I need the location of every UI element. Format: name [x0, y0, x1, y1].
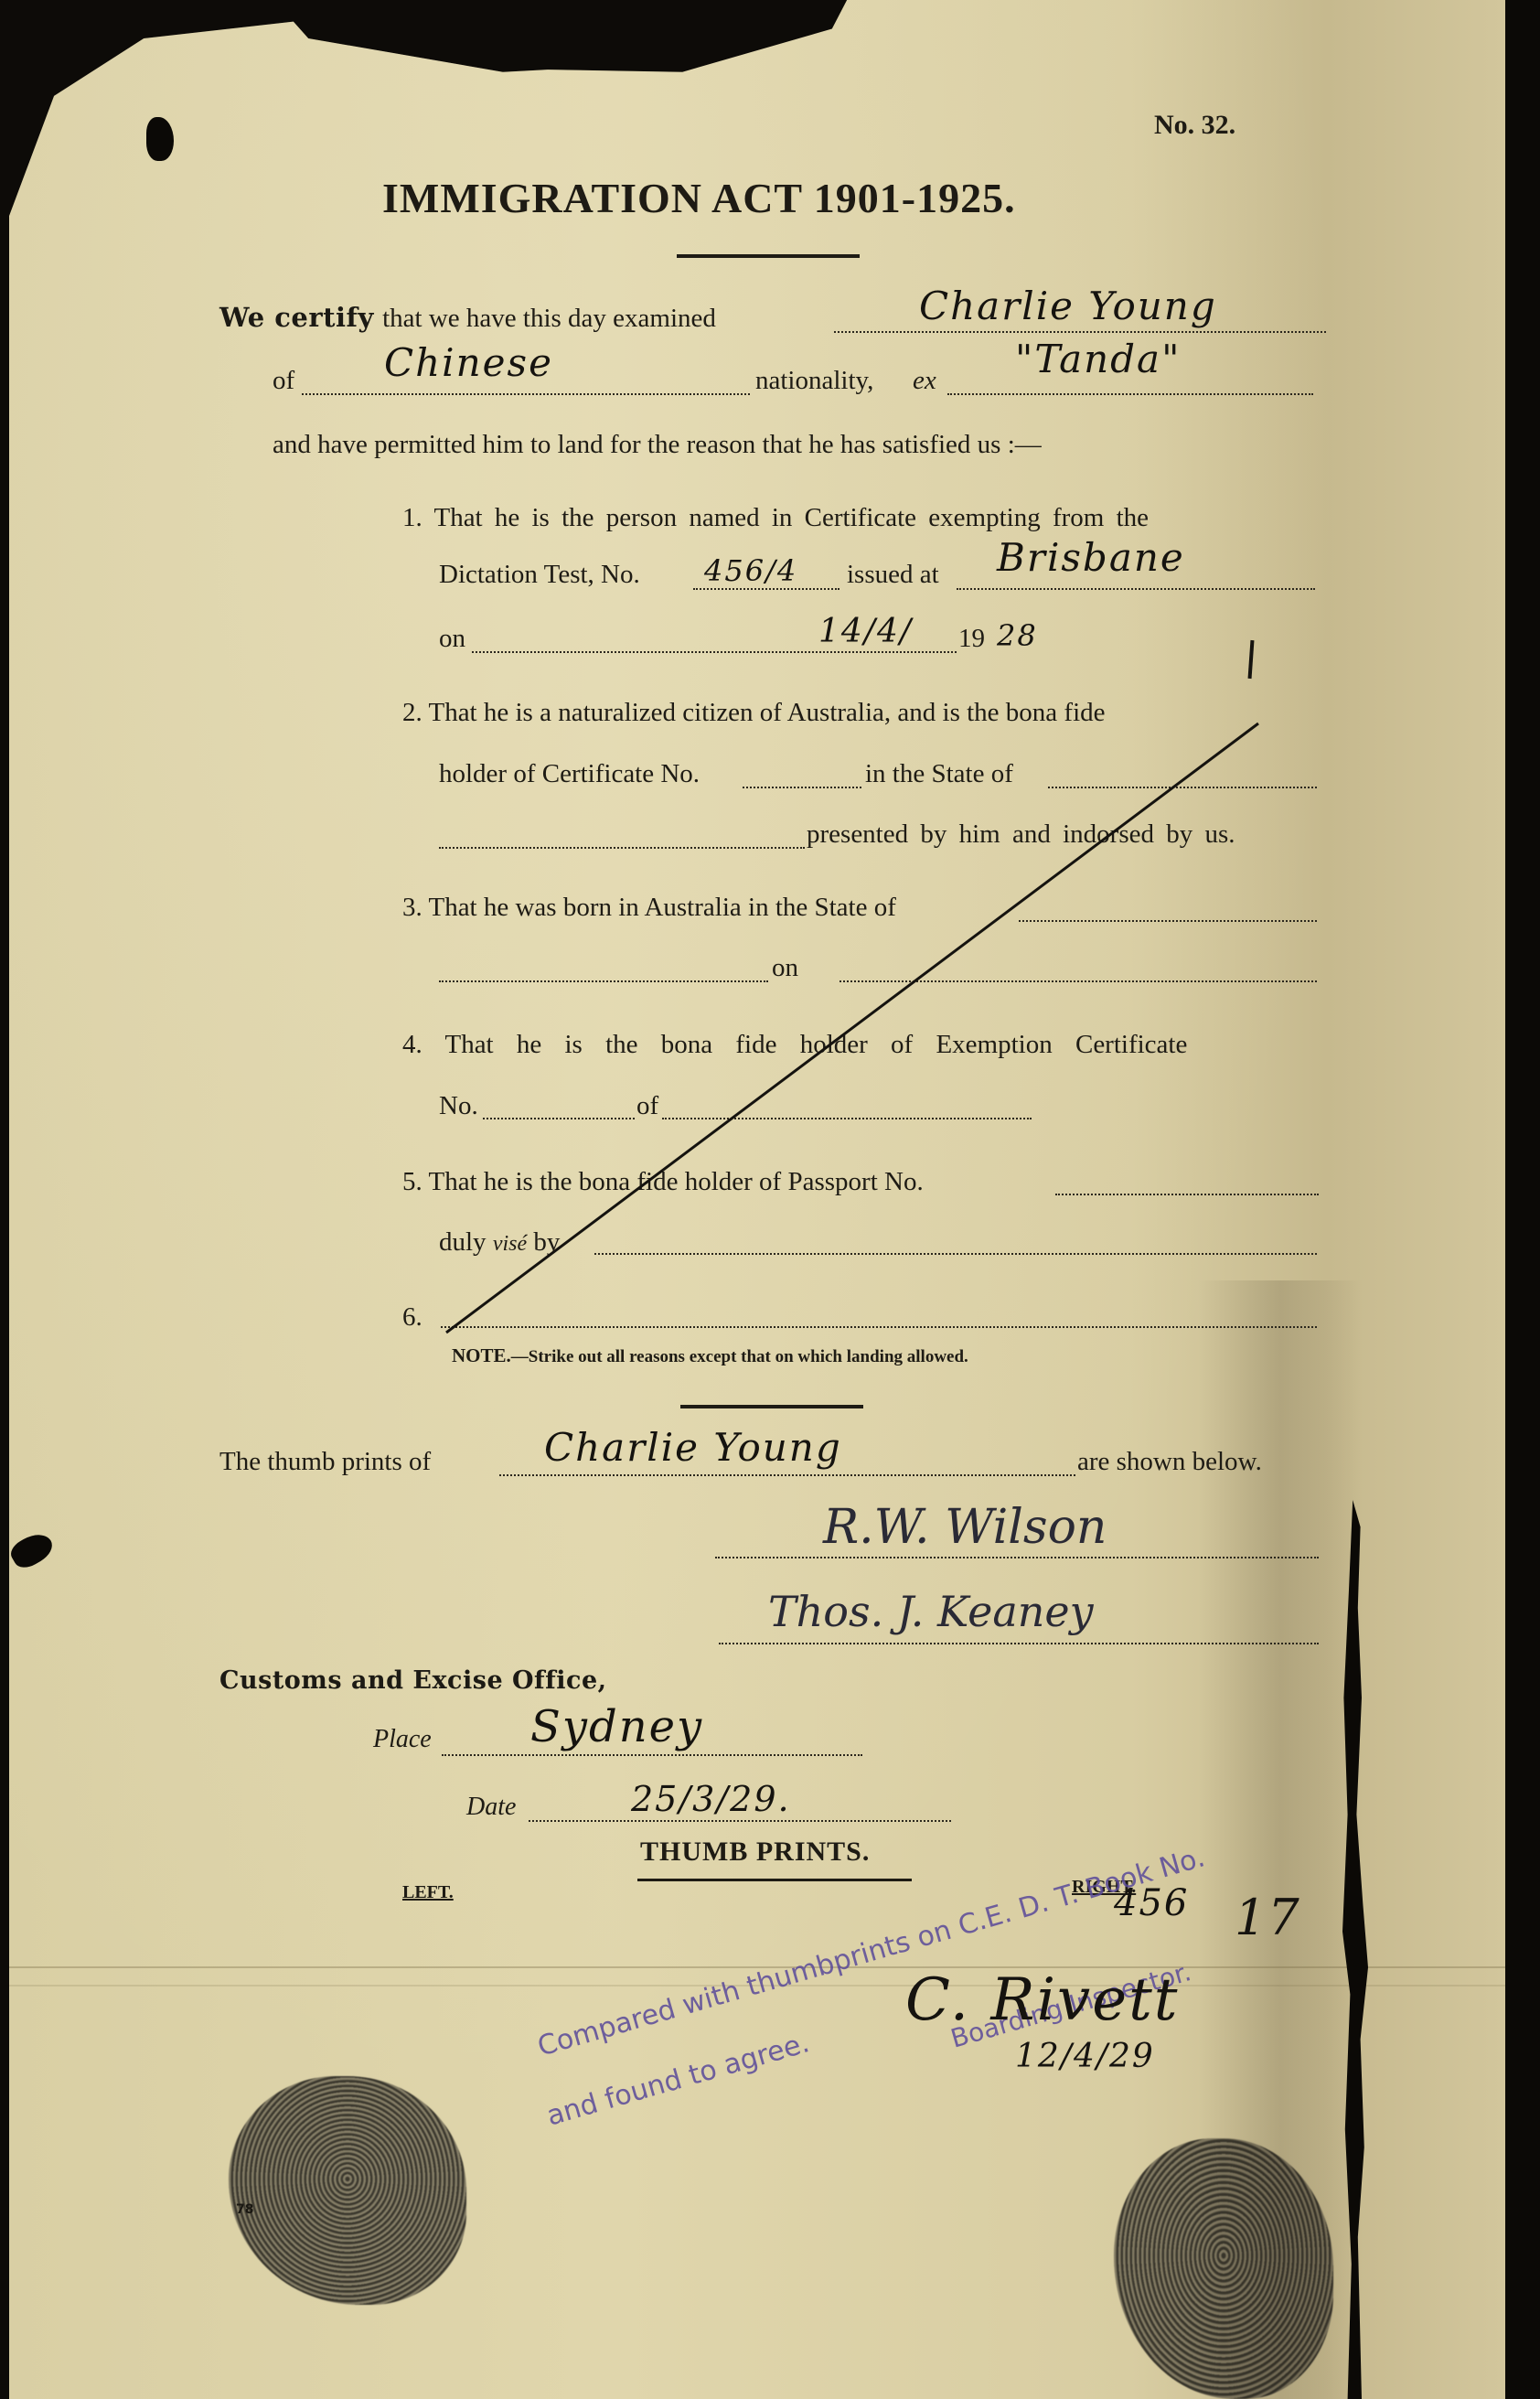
state-field	[1048, 787, 1317, 788]
ship-field	[947, 393, 1313, 395]
certify-line: We certify that we have this day examine…	[219, 302, 716, 334]
inspector-signature: C. Rivett	[905, 1966, 1180, 2034]
place-value: Sydney	[530, 1701, 703, 1752]
born-date-field-a	[439, 980, 768, 982]
exemption-of-field	[662, 1118, 1032, 1119]
passport-no-field	[1055, 1194, 1319, 1195]
dictation-no-value: 456/4	[704, 553, 797, 588]
note-label: NOTE.	[452, 1344, 511, 1366]
signature-2-field	[719, 1643, 1319, 1644]
thumbprints-name-field	[499, 1474, 1075, 1476]
form-number: No. 32.	[1154, 110, 1235, 141]
on-label: on	[439, 624, 465, 654]
left-thumb-label: LEFT.	[402, 1882, 454, 1903]
ex-label: ex	[913, 366, 936, 396]
nationality-value: Chinese	[384, 340, 553, 385]
cert-no-label: holder of Certificate No.	[439, 759, 700, 789]
dictation-label: Dictation Test, No.	[439, 560, 640, 590]
exemption-no-label: No.	[439, 1091, 478, 1121]
presented-label: presented by him and indorsed by us.	[807, 819, 1235, 850]
left-thumbprint-number: 78	[236, 2202, 253, 2217]
reason-6-number: 6.	[402, 1302, 422, 1333]
presented-field	[439, 847, 805, 849]
reason-6-field	[441, 1326, 1317, 1328]
issued-label: issued at	[847, 560, 939, 590]
reason-5-line-1: 5. That he is the bona fide holder of Pa…	[402, 1167, 924, 1197]
vise-duly: duly	[439, 1227, 487, 1257]
date-value: 25/3/29.	[631, 1779, 791, 1819]
inspector-date: 12/4/29	[1015, 2038, 1155, 2075]
issued-place-value: Brisbane	[997, 535, 1185, 580]
year-suffix: 28	[997, 618, 1038, 653]
scan-border	[1505, 0, 1540, 2399]
thumbprints-suffix: are shown below.	[1077, 1447, 1262, 1477]
vise-by: by	[533, 1227, 560, 1257]
born-state-field	[1019, 920, 1317, 922]
certify-text: that we have this day examined	[382, 304, 716, 333]
reason-3-line-1: 3. That he was born in Australia in the …	[402, 893, 896, 923]
place-field	[442, 1754, 862, 1756]
book-no-value: 17	[1235, 1889, 1301, 1946]
date-label: Date	[466, 1793, 516, 1822]
signature-1-field	[715, 1557, 1319, 1558]
office-label: Customs and Excise Office,	[219, 1666, 607, 1695]
certify-lead: We certify	[219, 302, 374, 333]
examined-name-field	[834, 331, 1326, 333]
reason-4-line-1: 4. That he is the bona fide holder of Ex…	[402, 1030, 1187, 1060]
thumbprints-heading: THUMB PRINTS.	[640, 1837, 870, 1868]
nationality-label: nationality,	[755, 366, 873, 396]
section-rule	[680, 1405, 863, 1408]
signature-2: Thos. J. Keaney	[768, 1587, 1094, 1636]
issued-place-field	[957, 588, 1315, 590]
thumbprints-name-value: Charlie Young	[544, 1425, 842, 1470]
year-prefix: 19	[958, 624, 985, 654]
on-date-field	[472, 651, 957, 653]
born-date-field-b	[840, 980, 1317, 982]
nationality-field	[302, 393, 750, 395]
place-label: Place	[373, 1725, 432, 1754]
exemption-of-label: of	[636, 1091, 658, 1121]
of-label: of	[273, 366, 294, 396]
note-text: —Strike out all reasons except that on w…	[511, 1347, 968, 1366]
vise-word: visé	[493, 1232, 527, 1256]
ship-value: "Tanda"	[1015, 337, 1181, 381]
signature-1: R.W. Wilson	[823, 1500, 1107, 1555]
note: NOTE.—Strike out all reasons except that…	[452, 1344, 968, 1367]
on-date-value: 14/4/	[818, 613, 913, 650]
reason-2-line-1: 2. That he is a naturalized citizen of A…	[402, 698, 1106, 728]
vise-label: duly visé by	[439, 1227, 560, 1258]
examined-name-value: Charlie Young	[919, 284, 1217, 328]
state-label: in the State of	[865, 759, 1013, 789]
cert-no-field	[743, 787, 861, 788]
thumbprints-intro: The thumb prints of	[219, 1447, 431, 1477]
exemption-no-field	[483, 1118, 635, 1119]
vise-by-field	[594, 1253, 1317, 1255]
title-rule	[677, 254, 860, 258]
dictation-no-field	[693, 588, 840, 590]
date-field	[529, 1820, 951, 1822]
paper-hole	[146, 117, 174, 161]
page-title: IMMIGRATION ACT 1901-1925.	[382, 174, 1016, 222]
thumbprints-heading-rule	[637, 1879, 912, 1881]
born-on-label: on	[772, 953, 798, 983]
permitted-text: and have permitted him to land for the r…	[273, 430, 1042, 460]
reason-1-line-1: 1. That he is the person named in Certif…	[402, 503, 1149, 533]
